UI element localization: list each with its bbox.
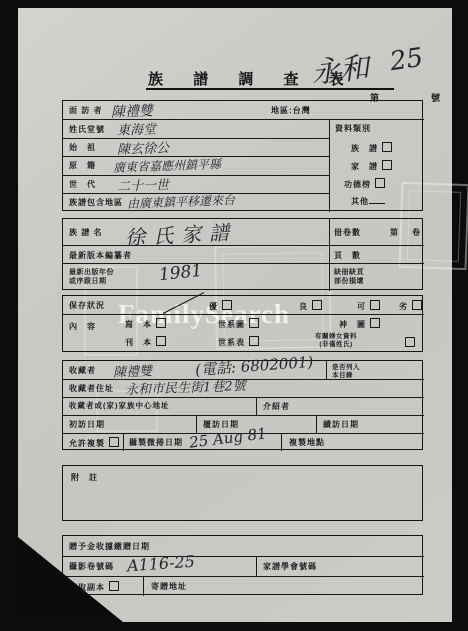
category-option-label: 功德榜 — [344, 180, 371, 189]
women-data-label: 有關婦女資料 (非僅姓氏) — [315, 333, 357, 350]
content-option-pedigree-table: 世系表 — [218, 336, 259, 347]
hall-name-label: 姓氏堂號 — [69, 125, 105, 134]
copy-place-label: 複製地點 — [289, 438, 325, 447]
generations-label: 世 代 — [69, 180, 96, 189]
row-divider — [63, 263, 424, 264]
condition-option-good: 良 — [299, 300, 322, 311]
handwritten-publish-year: 1981 — [158, 261, 203, 285]
copy-permission-option: 允許複製 — [69, 437, 119, 448]
notes-label: 附 註 — [71, 473, 98, 482]
checkbox-printed — [156, 336, 166, 346]
serial-suffix-label: 號 — [431, 93, 441, 103]
introducer-label: 介紹者 — [263, 402, 290, 411]
edition-info-table: 族 譜 名 徐氏家譜 冊卷數 第 卷 最新版本編纂者 頁 數 最新出版年份 或序… — [62, 218, 423, 290]
scanned-genealogy-survey-form: { "watermark": { "text": "FamilySearch" … — [0, 0, 468, 631]
handwritten-genealogy-title: 徐氏家譜 — [124, 216, 237, 251]
condition-option-poor: 劣 — [399, 300, 422, 311]
lineage-info-table: 面 訪 者 陳禮雙 地區:台灣 姓氏堂號 東海堂 始 祖 陳玄徐公 原 籍 廣東… — [62, 100, 423, 211]
region-label: 地區:台灣 — [271, 106, 311, 115]
checkbox-pedigree-chart — [249, 318, 259, 328]
category-option-label: 家 譜 — [351, 162, 378, 171]
covered-area-label: 族譜包含地區 — [69, 198, 123, 207]
column-divider — [329, 119, 330, 212]
column-divider — [281, 433, 282, 451]
content-option-label: 神 圖 — [339, 320, 366, 329]
content-option-pedigree-chart: 世系圖 — [218, 318, 259, 329]
condition-option-label: 良 — [299, 302, 308, 311]
column-divider — [256, 556, 257, 576]
volume-count-label: 冊卷數 — [334, 228, 361, 237]
content-option-label: 寫 本 — [125, 320, 152, 329]
content-option-label: 刊 本 — [125, 338, 152, 347]
checkbox-good — [312, 300, 322, 310]
volume-unit-label: 卷 — [412, 228, 421, 237]
listed-line2: 本目錄 — [332, 372, 353, 379]
owner-info-table: 收藏者 陳禮雙 (電話: 6802001) 是否列入 本目錄 收藏者住址 永和市… — [62, 360, 423, 450]
handwritten-hall-name: 東海堂 — [117, 118, 157, 138]
category-option-label: 族 譜 — [351, 144, 378, 153]
column-divider — [326, 361, 327, 379]
missing-line1: 缺冊缺頁 — [334, 269, 364, 276]
first-ancestor-label: 始 祖 — [69, 143, 96, 152]
condition-option-label: 優 — [209, 302, 218, 311]
society-number-label: 家譜學會號碼 — [263, 562, 317, 571]
category-option-family-genealogy: 家 譜 — [351, 160, 392, 171]
missing-parts-label: 缺冊缺頁 部份損壞 — [334, 268, 364, 286]
row-divider — [63, 175, 329, 176]
followup-visit-label: 續訪日期 — [323, 420, 359, 429]
title-underline — [146, 88, 394, 90]
row-divider — [63, 415, 424, 416]
page-count-label: 頁 數 — [334, 251, 361, 260]
content-option-manuscript: 寫 本 — [125, 318, 166, 329]
women-data-line1: 有關婦女資料 — [315, 333, 357, 340]
checkbox-copy-permission — [109, 437, 119, 447]
condition-option-excellent: 優 — [209, 300, 232, 311]
column-divider — [256, 397, 257, 415]
handwritten-generations: 二十一世 — [117, 174, 170, 195]
row-divider — [63, 138, 329, 139]
content-label: 內 容 — [69, 322, 96, 331]
column-divider — [123, 433, 124, 451]
data-category-header: 資料類別 — [335, 124, 371, 133]
handwritten-microfilm-date: 25 Aug 81 — [188, 424, 267, 451]
handwritten-film-number: A116-25 — [126, 552, 195, 576]
microfilm-date-label: 攝製微捲日期 — [129, 438, 183, 447]
category-option-clan-genealogy: 族 譜 — [351, 142, 392, 153]
checkbox-clan-genealogy — [382, 142, 392, 152]
condition-option-label: 可 — [357, 302, 366, 311]
handwritten-first-ancestor: 陳玄徐公 — [117, 137, 170, 158]
volume-no-label: 第 — [390, 228, 399, 237]
row-divider — [63, 397, 424, 398]
handwritten-native-place: 廣東省嘉應州鎮平縣 — [113, 155, 222, 176]
scan-corner-shadow — [18, 537, 123, 622]
category-option-merit-board: 功德榜 — [344, 178, 385, 189]
handwritten-owner-address: 永和市民生街1巷2號 — [125, 375, 246, 398]
scanned-paper: FamilySearch 族 譜 調 查 表 永和 25 第 號 面 訪 者 陳… — [18, 8, 452, 622]
checkbox-women-data — [405, 337, 415, 347]
content-option-label: 世系表 — [218, 338, 245, 347]
content-option-label: 世系圖 — [218, 320, 245, 329]
handwritten-checkmark — [163, 292, 204, 314]
women-data-line2: (非僅姓氏) — [319, 341, 352, 348]
notes-box: 附 註 — [62, 465, 423, 521]
family-center-label: 收藏者或(家)家族中心地址 — [69, 402, 170, 411]
other-blank-line — [369, 195, 385, 204]
checkbox-merit-board — [375, 178, 385, 188]
content-option-ancestor-portrait: 神 圖 — [339, 318, 380, 329]
owner-label: 收藏者 — [69, 366, 96, 375]
owner-address-label: 收藏者住址 — [69, 384, 114, 393]
publish-year-line1: 最新出版年份 — [69, 269, 114, 276]
column-divider — [329, 219, 330, 291]
publish-year-line2: 或序跋日期 — [69, 278, 107, 285]
copy-permission-label: 允許複製 — [69, 439, 105, 448]
content-option-printed: 刊 本 — [125, 336, 166, 347]
checkbox-family-genealogy — [382, 160, 392, 170]
compiler-label: 最新版本編纂者 — [69, 251, 132, 260]
column-divider — [143, 576, 144, 596]
condition-option-label: 劣 — [399, 302, 408, 311]
row-divider — [63, 245, 424, 246]
checkbox-pedigree-table — [249, 336, 259, 346]
row-divider — [63, 314, 424, 315]
category-option-other: 其他 — [351, 195, 385, 206]
listed-in-catalog-label: 是否列入 本目錄 — [332, 364, 360, 381]
send-address-label: 寄贈地址 — [151, 582, 187, 591]
first-visit-label: 初訪日期 — [69, 420, 105, 429]
condition-option-fair: 可 — [357, 300, 380, 311]
column-divider — [316, 415, 317, 433]
missing-line2: 部份損壞 — [334, 278, 364, 285]
handwritten-place: 永和 — [309, 45, 371, 92]
checkbox-ancestor-portrait — [370, 318, 380, 328]
publish-year-label: 最新出版年份 或序跋日期 — [69, 268, 114, 286]
category-other-label: 其他 — [351, 197, 369, 206]
checkbox-manuscript — [156, 318, 166, 328]
checkbox-poor — [412, 300, 422, 310]
native-place-label: 原 籍 — [69, 161, 96, 170]
handwritten-covered-area: 由廣東鎮平移遷來台 — [127, 191, 236, 212]
condition-content-table: 保存狀況 優 良 可 劣 內 容 寫 本 世系圖 神 圖 刊 本 世系表 — [62, 295, 423, 352]
checkbox-fair — [370, 300, 380, 310]
genealogy-title-label: 族 譜 名 — [69, 228, 102, 237]
condition-label: 保存狀況 — [69, 301, 105, 310]
column-divider — [196, 415, 197, 433]
handwritten-serial-number: 25 — [388, 43, 425, 77]
listed-line1: 是否列入 — [332, 364, 360, 371]
checkbox-excellent — [222, 300, 232, 310]
interviewee-label: 面 訪 者 — [69, 106, 102, 115]
